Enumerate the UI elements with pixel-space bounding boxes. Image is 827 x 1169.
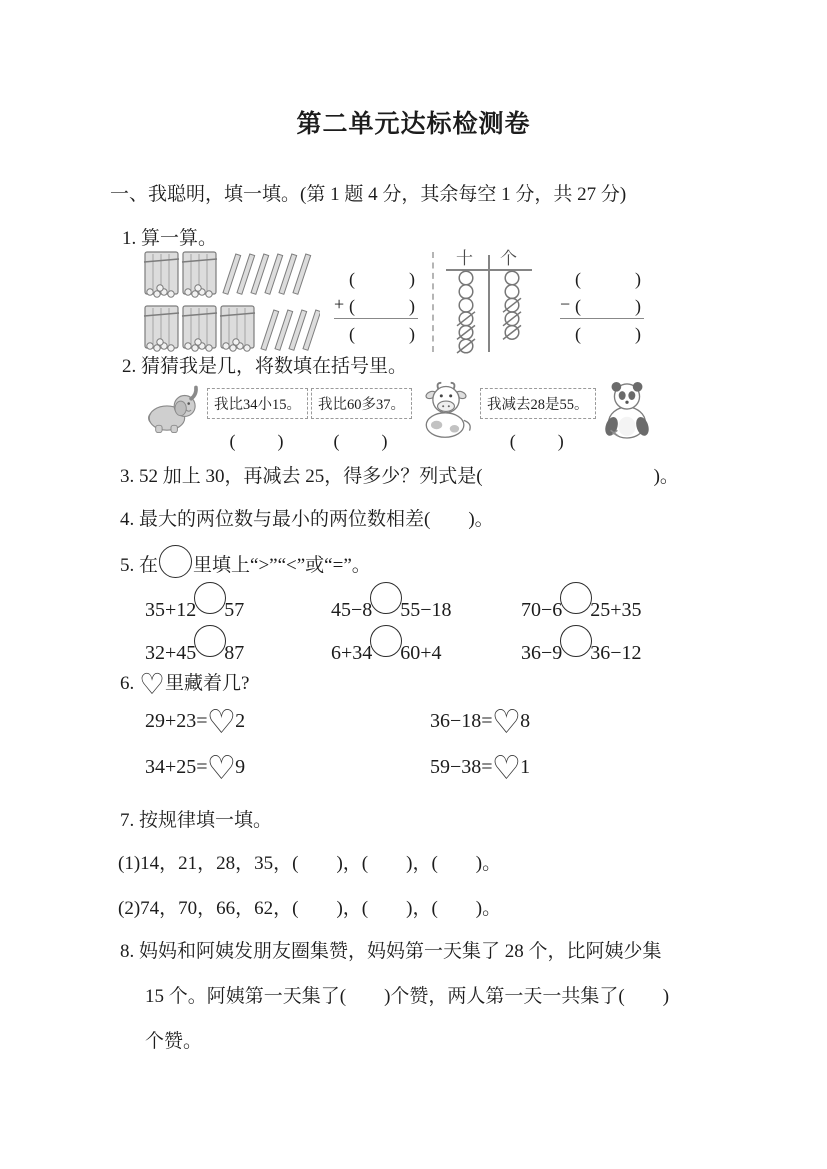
expression-left: 36−9: [521, 642, 562, 664]
elephant-illustration: [146, 379, 204, 441]
equation-right: 9: [235, 756, 245, 778]
expression-right: 60+4: [400, 642, 441, 664]
speech-bubble: 我比60多37。: [311, 388, 412, 419]
sticks-illustration: [142, 248, 320, 354]
expression-left: 35+12: [145, 599, 196, 621]
expression-left: 32+45: [145, 642, 196, 664]
comparison-row-2: 32+4587 6+3460+4 36−936−12: [145, 625, 642, 665]
equation-right: 8: [520, 710, 530, 732]
abacus-ones-label: 个: [500, 249, 517, 268]
plus-operator: +: [334, 294, 349, 315]
heart-equation-row-2: 34+25=♡9 59−38=♡1: [145, 756, 530, 779]
question-1-figure: ( ) +( ) ( ) 十 个: [142, 248, 644, 354]
cow-illustration: [415, 379, 477, 441]
question-7-label: 7. 按规律填一填。: [120, 805, 272, 832]
question-8-line-2: 15 个。阿姨第一天集了( )个赞，两人第一天一共集了( ): [145, 981, 669, 1008]
comparison-circle-icon: [194, 582, 226, 614]
answer-blank: ( ): [349, 292, 415, 318]
equation-right: 2: [235, 710, 245, 732]
question-8-line-1: 8. 妈妈和阿姨发朋友圈集赞，妈妈第一天集了 28 个，比阿姨少集: [120, 936, 662, 963]
expression-right: 55−18: [400, 599, 451, 621]
comparison-row-1: 35+1257 45−855−18 70−625+35: [145, 582, 642, 622]
heart-icon: ♡: [492, 702, 522, 741]
heart-equation: 29+23=♡2: [145, 710, 430, 733]
question-4-text: 4. 最大的两位数与最小的两位数相差( )。: [120, 504, 494, 531]
question-7-sequence-2: (2)74，70，66，62，( )，( )，( )。: [118, 893, 501, 920]
comparison-circle-icon: [370, 582, 402, 614]
minus-operator: −: [560, 294, 575, 315]
heart-icon: ♡: [492, 748, 522, 787]
equation-left: 29+23=: [145, 710, 208, 732]
question-5-label: 5. 在里填上“>”“<”或“=”。: [120, 545, 371, 578]
question-1-label: 1. 算一算。: [122, 223, 217, 250]
answer-blank: ( ): [575, 320, 641, 346]
answer-blank: ( ): [510, 427, 566, 453]
answer-blank: ( ): [349, 320, 415, 346]
abacus-tens-label: 十: [456, 249, 473, 268]
question-5-pre: 5. 在: [120, 555, 158, 576]
expression-right: 57: [224, 599, 244, 621]
comparison-circle-icon: [370, 625, 402, 657]
equation-left: 34+25=: [145, 756, 208, 778]
heart-icon: ♡: [139, 667, 165, 701]
riddle-panda: 我减去28是55。 ( ): [480, 388, 596, 453]
riddle-cow: 我比60多37。 ( ): [311, 388, 412, 453]
comparison-circle-icon: [194, 625, 226, 657]
speech-bubble: 我减去28是55。: [480, 388, 596, 419]
expression-left: 45−8: [331, 599, 372, 621]
comparison-item: 70−625+35: [521, 582, 642, 622]
subtraction-blanks: ( ) −( ) ( ): [560, 264, 644, 346]
answer-blank: ( ): [575, 265, 641, 291]
heart-equation: 36−18=♡8: [430, 710, 530, 733]
abacus-illustration: 十 个: [444, 248, 536, 354]
expression-right: 25+35: [590, 599, 641, 621]
heart-equation-row-1: 29+23=♡2 36−18=♡8: [145, 710, 530, 733]
comparison-item: 6+3460+4: [331, 625, 521, 665]
answer-blank: ( ): [575, 292, 641, 318]
question-5-post: 里填上“>”“<”或“=”。: [193, 555, 371, 576]
heart-icon: ♡: [207, 748, 237, 787]
riddle-elephant: 我比34小15。 ( ): [207, 388, 308, 453]
answer-blank: ( ): [230, 427, 286, 453]
question-7-sequence-1: (1)14，21，28，35，( )，( )，( )。: [118, 848, 501, 875]
page-title: 第二单元达标检测卷: [0, 104, 827, 140]
comparison-item: 35+1257: [145, 582, 331, 622]
expression-left: 70−6: [521, 599, 562, 621]
comparison-circle-icon: [560, 625, 592, 657]
comparison-item: 36−936−12: [521, 625, 642, 665]
equation-left: 36−18=: [430, 710, 493, 732]
compare-circle-icon: [159, 545, 192, 578]
equation-left: 59−38=: [430, 756, 493, 778]
question-2-figure: 我比34小15。 ( ) 我比60多37。 ( ) 我减去28是55。: [146, 379, 655, 453]
question-3-text: 3. 52 加上 30，再减去 25，得多少？列式是( )。: [120, 461, 679, 488]
section-heading: 一、我聪明，填一填。(第 1 题 4 分，其余每空 1 分，共 27 分): [110, 179, 626, 206]
comparison-item: 32+4587: [145, 625, 331, 665]
panda-illustration: [599, 379, 655, 441]
question-2-label: 2. 猜猜我是几，将数填在括号里。: [122, 351, 407, 378]
expression-right: 36−12: [590, 642, 641, 664]
expression-right: 87: [224, 642, 244, 664]
question-6-post: 里藏着几?: [165, 673, 249, 694]
heart-equation: 34+25=♡9: [145, 756, 430, 779]
heart-icon: ♡: [207, 702, 237, 741]
answer-blank: ( ): [334, 427, 390, 453]
speech-bubble: 我比34小15。: [207, 388, 308, 419]
question-8-line-3: 个赞。: [145, 1026, 202, 1053]
worksheet-page: 第二单元达标检测卷 一、我聪明，填一填。(第 1 题 4 分，其余每空 1 分，…: [0, 0, 827, 1169]
answer-blank: ( ): [349, 265, 415, 291]
heart-equation: 59−38=♡1: [430, 756, 530, 779]
expression-left: 6+34: [331, 642, 372, 664]
comparison-item: 45−855−18: [331, 582, 521, 622]
equation-right: 1: [520, 756, 530, 778]
question-6-pre: 6.: [120, 673, 139, 694]
dashed-divider: [432, 252, 434, 352]
addition-blanks: ( ) +( ) ( ): [334, 264, 418, 346]
comparison-circle-icon: [560, 582, 592, 614]
question-6-label: 6. ♡里藏着几?: [120, 668, 249, 695]
